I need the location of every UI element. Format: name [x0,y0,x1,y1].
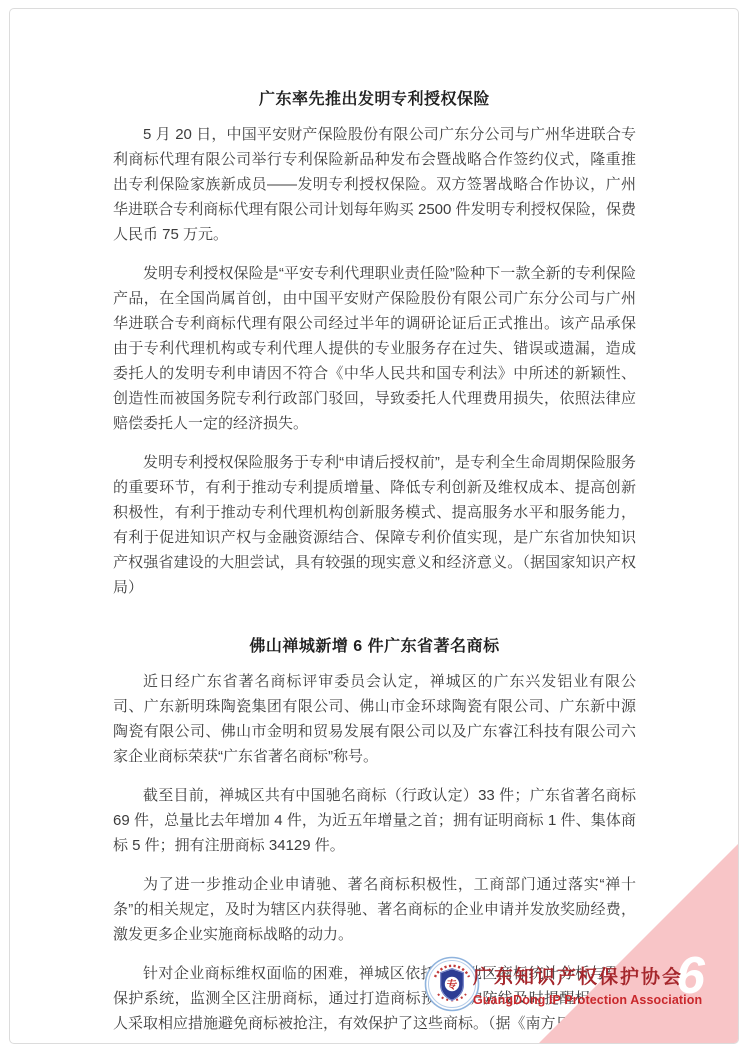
article-2-paragraph-1: 近日经广东省著名商标评审委员会认定，禅城区的广东兴发铝业有限公司、广东新明珠陶瓷… [113,669,636,769]
article-1-title: 广东率先推出发明专利授权保险 [113,86,636,109]
article-2-title: 佛山禅城新增 6 件广东省著名商标 [113,633,636,656]
article-1-paragraph-1: 5 月 20 日，中国平安财产保险股份有限公司广东分公司与广州华进联合专利商标代… [113,122,636,247]
page-content: 广东率先推出发明专利授权保险 5 月 20 日，中国平安财产保险股份有限公司广东… [10,9,739,1044]
gdipa-badge-icon: 专 [424,956,480,1012]
article-2-paragraph-2: 截至目前，禅城区共有中国驰名商标（行政认定）33 件；广东省著名商标 69 件，… [113,783,636,858]
svg-text:专: 专 [447,978,458,991]
article-1-paragraph-3: 发明专利授权保险服务于专利“申请后授权前”，是专利全生命周期保险服务的重要环节，… [113,450,636,600]
screenshot-stage: 广东率先推出发明专利授权保险 5 月 20 日，中国平安财产保险股份有限公司广东… [0,0,750,1054]
org-name-block: 广东知识产权保护协会 GuangDong IP Protection Assoc… [473,967,688,1007]
org-name-chinese: 广东知识产权保护协会 [473,967,688,990]
document-page: 广东率先推出发明专利授权保险 5 月 20 日，中国平安财产保险股份有限公司广东… [9,8,739,1044]
article-patent-insurance: 广东率先推出发明专利授权保险 5 月 20 日，中国平安财产保险股份有限公司广东… [113,86,636,600]
article-1-paragraph-2: 发明专利授权保险是“平安专利代理职业责任险”险种下一款全新的专利保险产品，在全国… [113,261,636,436]
article-2-paragraph-3: 为了进一步推动企业申请驰、著名商标积极性，工商部门通过落实“禅十条”的相关规定，… [113,872,636,947]
org-name-english: GuangDong IP Protection Association [473,993,688,1007]
